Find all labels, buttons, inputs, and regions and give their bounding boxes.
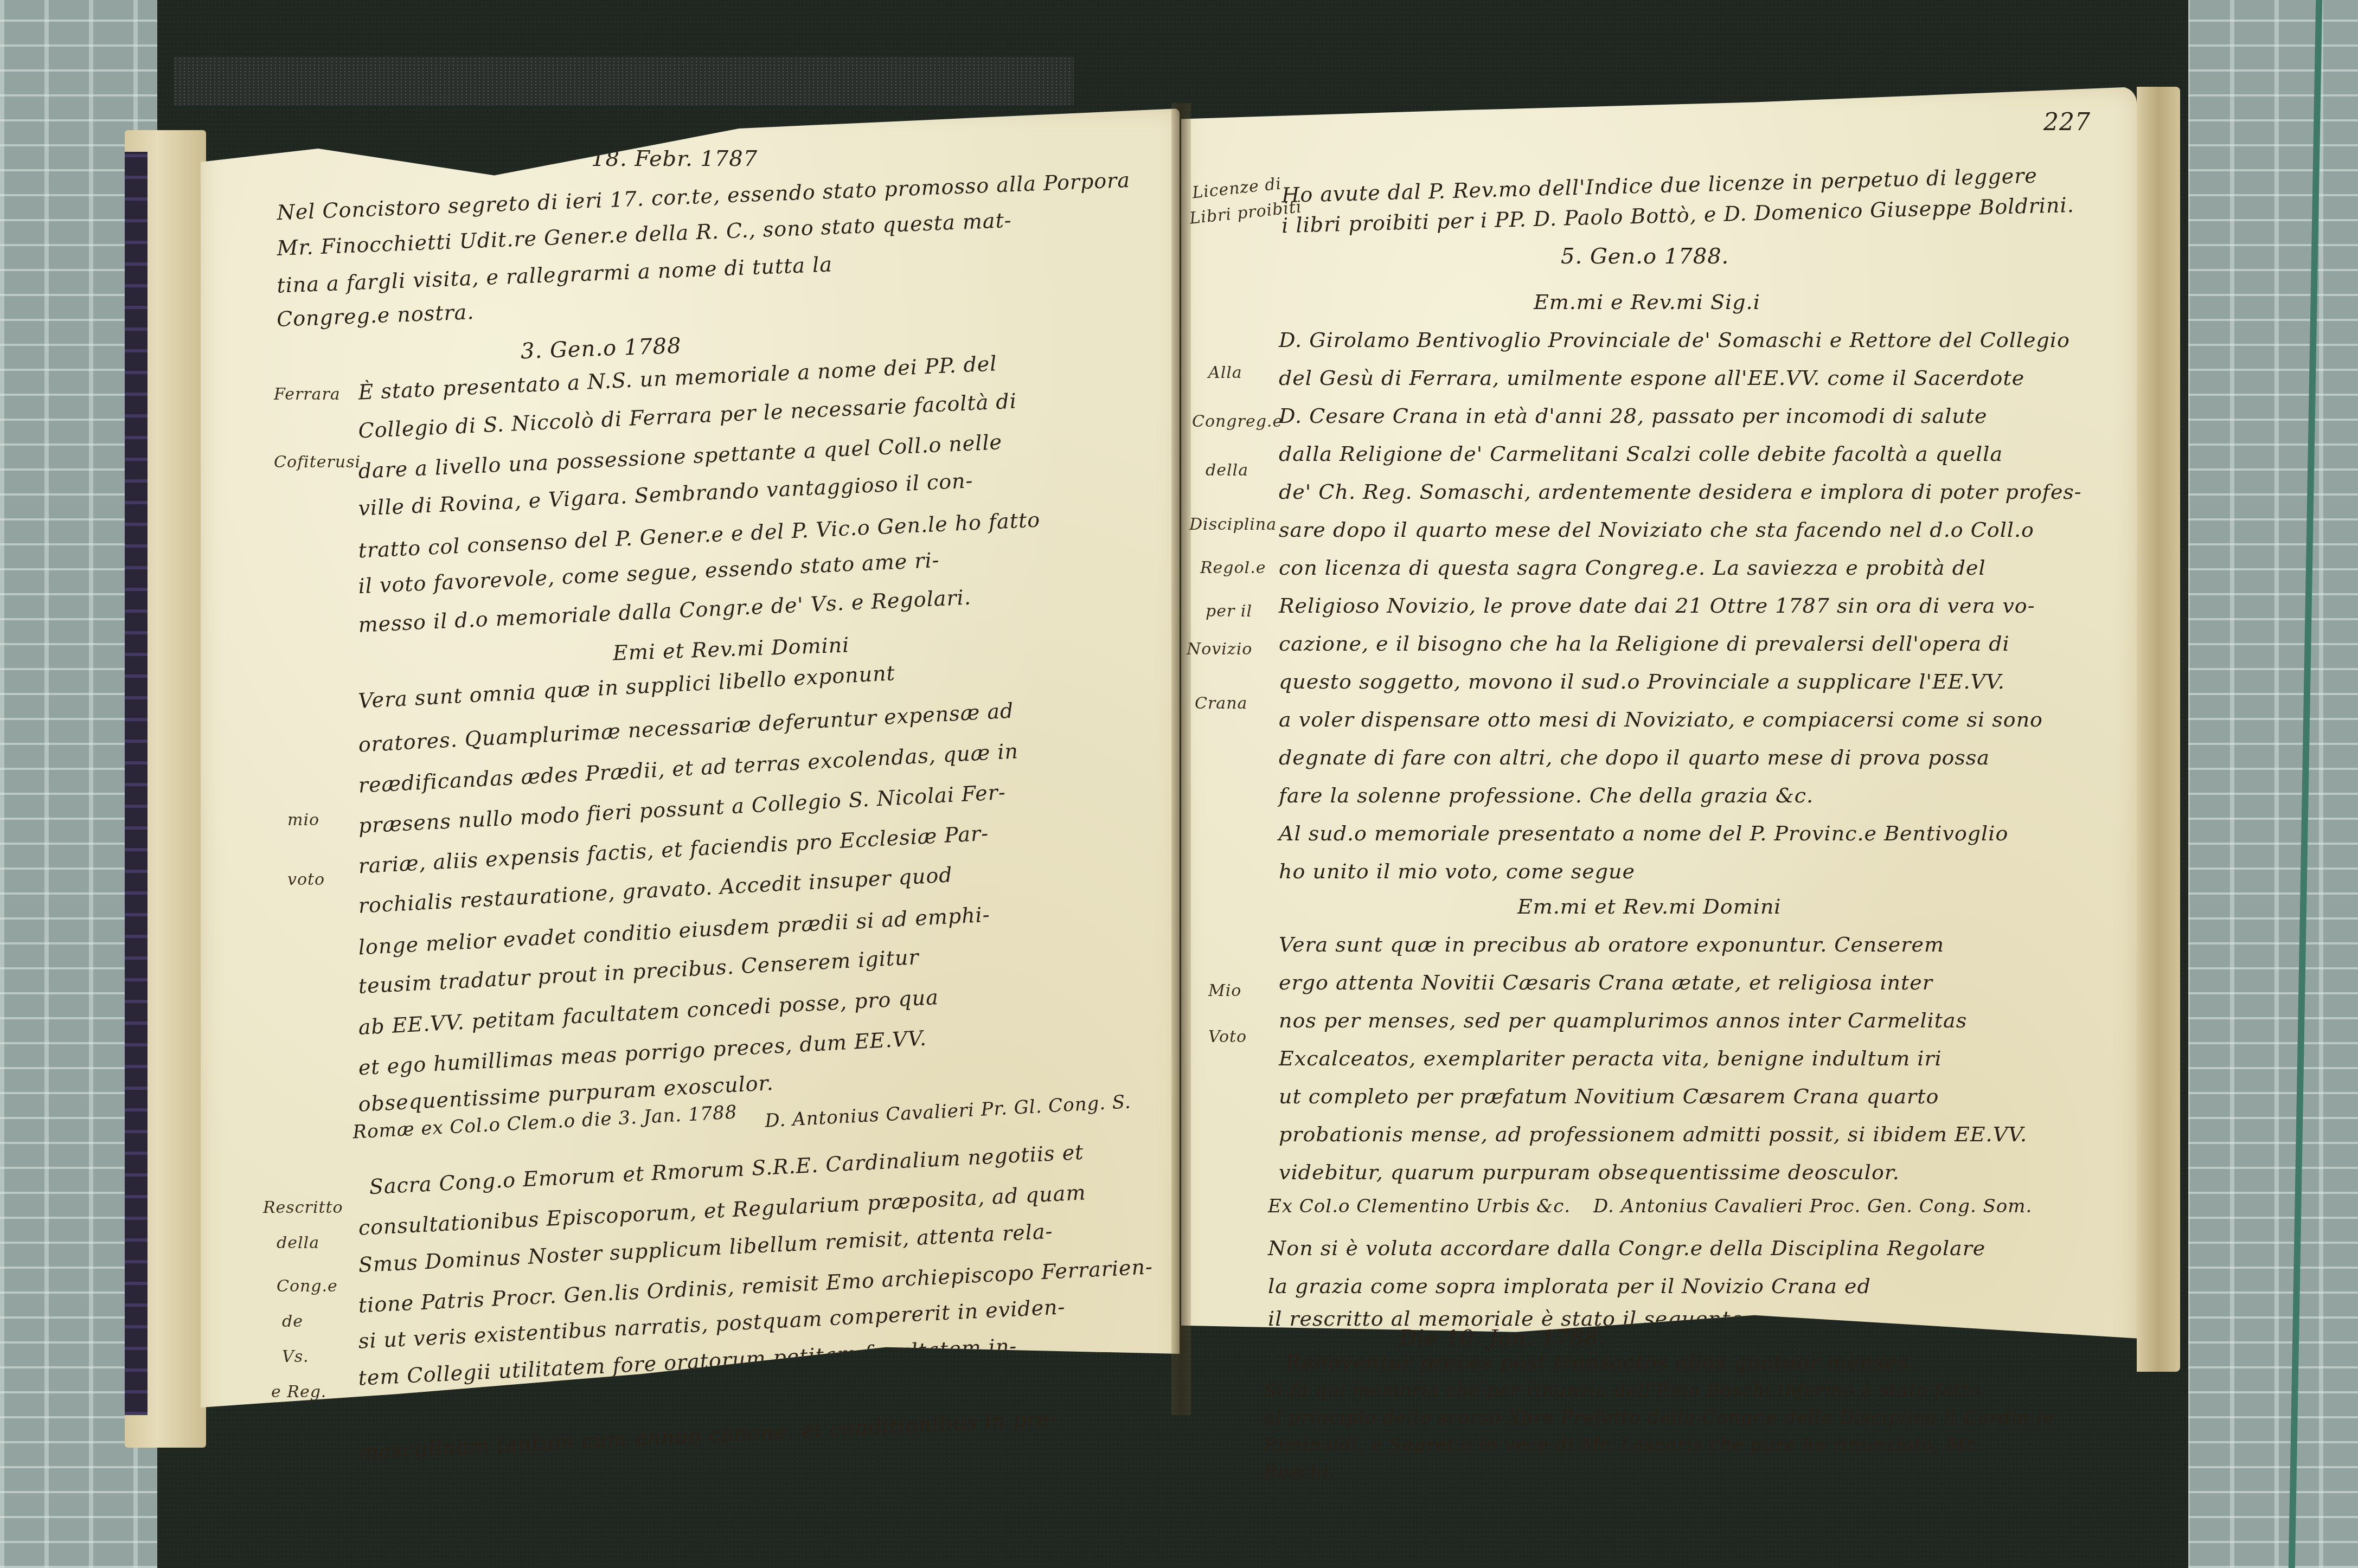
text-line: Si fa qui memoria che per rinunzia dell'…	[1264, 1380, 1981, 1402]
text-line: con licenza di questa sagra Congreg.e. L…	[1279, 556, 1986, 580]
text-line: D. Cesare Crana in età d'anni 28, passat…	[1279, 404, 1987, 428]
margin-note: Congreg.e	[1192, 412, 1283, 431]
text-line: al principio dello scorso Xbre Prefetto …	[1264, 1407, 2054, 1429]
text-line: de' Ch. Reg. Somaschi, ardentemente desi…	[1279, 480, 2082, 504]
text-line: Riminaldi, e Segret.o in vece di Mr. Las…	[1264, 1434, 1979, 1456]
signature: D. Antonius Cavalieri Proc. Gen. Cong. S…	[1593, 1196, 2032, 1217]
text-line: tina a fargli visita, e rallegrarmi a no…	[277, 252, 833, 297]
text-line: nos per menses, sed per quamplurimos ann…	[1279, 1008, 1967, 1032]
salutation: Em.mi e Rev.mi Sig.i	[1534, 290, 1760, 314]
page-block-edge-left	[125, 130, 206, 1448]
text-line: ergo attenta Novitii Cæsaris Crana ætate…	[1279, 971, 1933, 994]
text-line: a voler dispensare otto mesi di Noviziat…	[1279, 708, 2043, 731]
page-block-edge-right	[2137, 87, 2180, 1372]
text-line: dalla Religione de' Carmelitani Scalzi c…	[1279, 442, 2003, 466]
text-line: Religioso Novizio, le prove date dai 21 …	[1279, 594, 2035, 618]
text-line: ho unito il mio voto, come segue	[1279, 859, 1635, 883]
margin-note: Cong.e	[277, 1277, 338, 1296]
margin-note: Mio	[1208, 981, 1241, 1000]
text-line: D. Girolamo Bentivoglio Provinciale de' …	[1279, 328, 2070, 352]
text-line: probationis mense, ad professionem admit…	[1279, 1122, 2027, 1146]
entry-date: Die 10. Jan. 1788.	[1399, 1326, 1606, 1351]
margin-note: Regol.e	[1200, 558, 1266, 577]
margin-note: Vs.	[282, 1347, 309, 1366]
text-line: fare la solenne professione. Che della g…	[1279, 783, 1814, 807]
margin-note: de	[282, 1312, 303, 1331]
margin-note: Disciplina	[1189, 515, 1277, 534]
margin-note: Licenze di	[1191, 174, 1283, 202]
margin-note: voto	[287, 870, 325, 889]
margin-note: Ferrara	[274, 385, 341, 404]
text-line: Renoventur preces post transactos alios …	[1285, 1350, 1915, 1374]
closing-place-date: Ex Col.o Clementino Urbis &c.	[1268, 1196, 1571, 1217]
text-line: cazione, e il bisogno che ha la Religion…	[1279, 632, 2010, 656]
text-line: Vera sunt omnia quæ in supplici libello …	[358, 661, 896, 713]
text-line: Al sud.o memoriale presentato a nome del…	[1279, 821, 2008, 845]
entry-date: 3. Gen.o 1788	[520, 333, 682, 364]
text-line: Congreg.e nostra.	[276, 300, 475, 331]
text-line: videbitur, quarum purpuram obsequentissi…	[1279, 1160, 1900, 1184]
text-line: la grazia come sopra implorata per il No…	[1268, 1274, 1871, 1298]
salutation: Em.mi et Rev.mi Domini	[1517, 895, 1782, 918]
salutation: Emi et Rev.mi Domini	[612, 633, 850, 665]
margin-note: Alla	[1208, 363, 1242, 382]
book-cover-flap	[174, 57, 1074, 106]
page-number: 227	[2043, 108, 2091, 136]
text-line: questo soggetto, movono il sud.o Provinc…	[1279, 670, 2005, 693]
book-gutter	[1171, 103, 1191, 1415]
text-line: degnate di fare con altri, che dopo il q…	[1279, 746, 1990, 769]
margin-note: Voto	[1208, 1027, 1247, 1046]
text-line: Excalceatos, exemplariter peracta vita, …	[1279, 1046, 1942, 1070]
margin-note: mio	[287, 811, 319, 830]
margin-note: e Reg.	[271, 1383, 326, 1402]
margin-note: Novizio	[1187, 640, 1252, 659]
text-line: Non si è voluta accordare dalla Congr.e …	[1268, 1236, 1985, 1260]
text-line: Vera sunt quæ in precibus ab oratore exp…	[1279, 933, 1944, 956]
signature: D. Antonius Cavalieri Pr. Gl. Cong. S.	[764, 1091, 1131, 1132]
right-page: 227 Licenze di Libri proibiti Ho avute d…	[1181, 87, 2137, 1377]
margin-note: Cofiterusi	[274, 453, 361, 472]
margin-note: per il	[1206, 602, 1252, 621]
text-line: del Gesù di Ferrara, umilmente espone al…	[1279, 366, 2024, 390]
text-line: ut completo per præfatum Novitium Cæsare…	[1279, 1084, 1939, 1108]
text-line: sare dopo il quarto mese del Noviziato c…	[1279, 518, 2034, 542]
left-page: 226 18. Febr. 1787 Nel Concistoro segret…	[201, 108, 1180, 1448]
margin-note: Rescritto	[263, 1198, 343, 1217]
text-line: Boschi.	[1264, 1461, 1336, 1483]
margin-note: della	[1206, 461, 1248, 480]
calibration-ruler-right	[2186, 0, 2358, 1568]
margin-note: della	[277, 1233, 319, 1252]
margin-note: Crana	[1195, 694, 1247, 713]
entry-date: 5. Gen.o 1788.	[1561, 244, 1729, 269]
